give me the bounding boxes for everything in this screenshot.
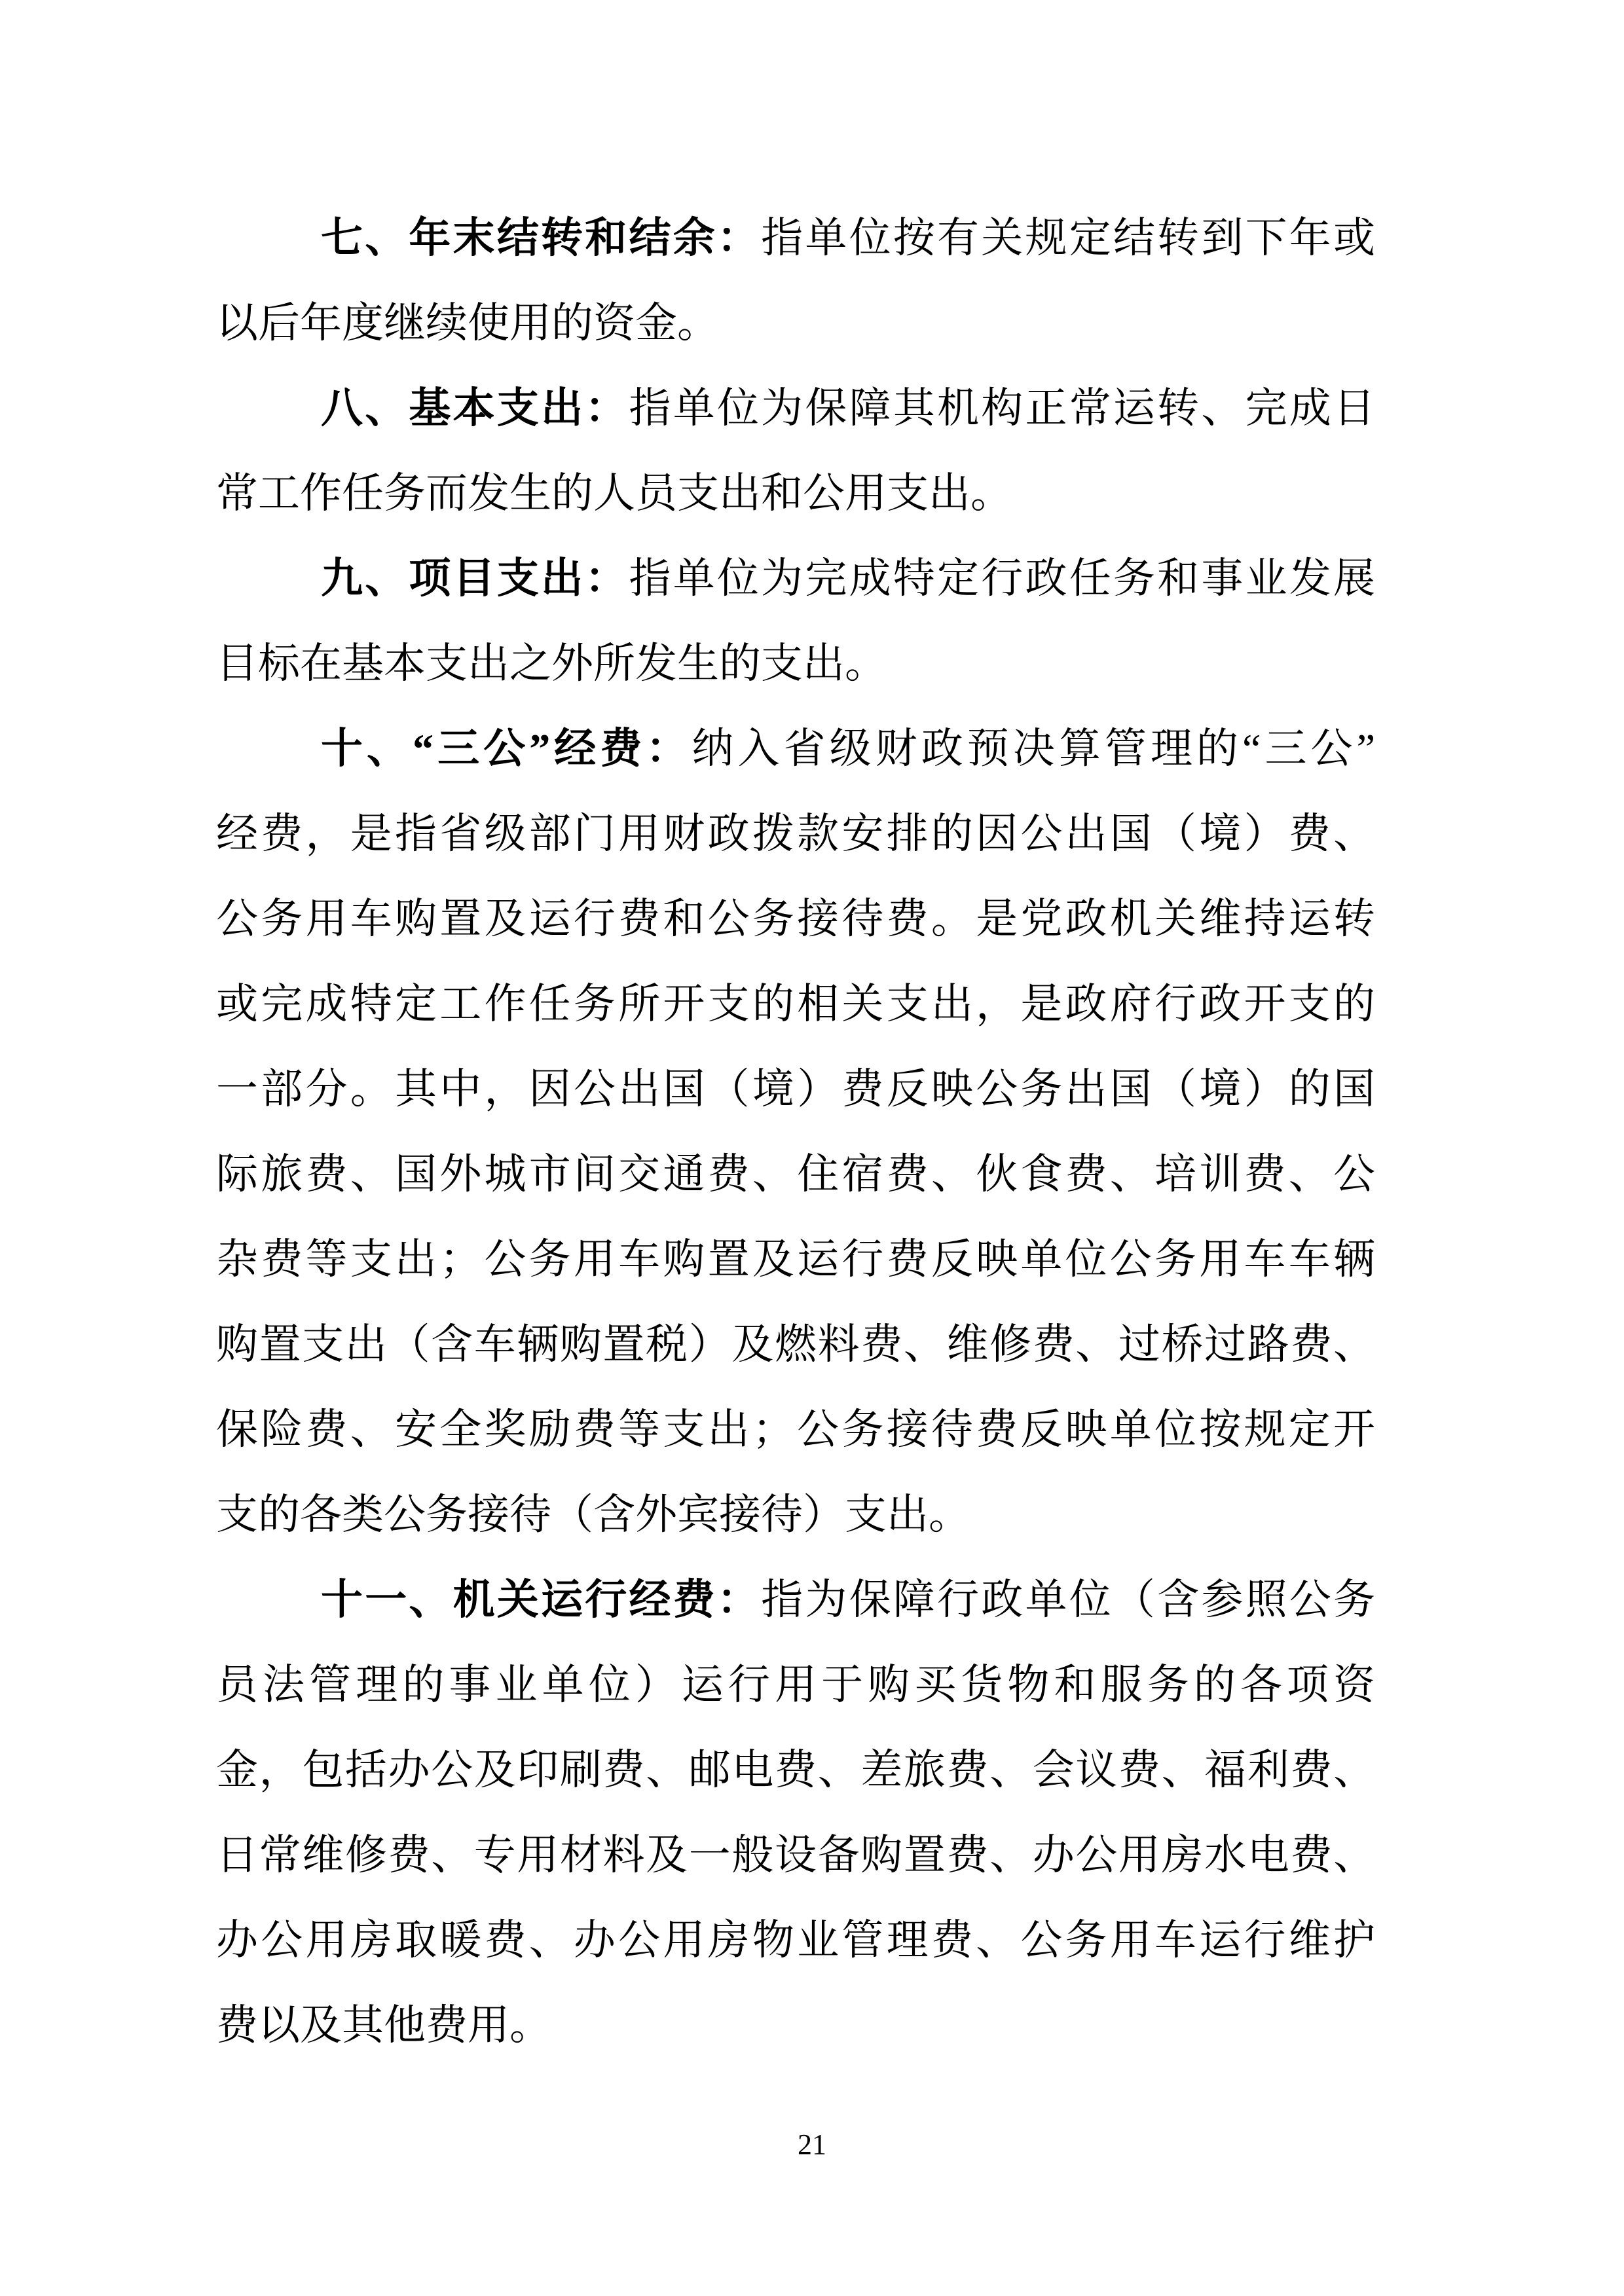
paragraph-text: 经费，是指省级部门用财政拨款安排的因公出国（境）费、 (216, 811, 1375, 857)
text-line: 支的各类公务接待（含外宾接待）支出。 (216, 1472, 1375, 1558)
paragraph-heading: 七、年末结转和结余： (321, 215, 761, 261)
text-line: 十、“三公”经费：纳入省级财政预决算管理的“三公” (216, 706, 1375, 792)
document-body: 七、年末结转和结余：指单位按有关规定结转到下年或以后年度继续使用的资金。八、基本… (216, 196, 1375, 2068)
paragraph-text: 保险费、安全奖励费等支出；公务接待费反映单位按规定开 (216, 1406, 1375, 1453)
paragraph-text: 员法管理的事业单位）运行用于购买货物和服务的各项资 (216, 1662, 1375, 1708)
text-line: 七、年末结转和结余：指单位按有关规定结转到下年或 (216, 196, 1375, 281)
paragraph-heading: 九、项目支出： (321, 555, 629, 602)
text-line: 一部分。其中，因公出国（境）费反映公务出国（境）的国 (216, 1047, 1375, 1132)
text-line: 公务用车购置及运行费和公务接待费。是党政机关维持运转 (216, 877, 1375, 962)
paragraph-text: 支的各类公务接待（含外宾接待）支出。 (216, 1491, 970, 1538)
paragraph-text: 指单位为完成特定行政任务和事业发展 (629, 555, 1375, 602)
paragraph-text: 以后年度继续使用的资金。 (216, 300, 719, 346)
paragraph-text: 一部分。其中，因公出国（境）费反映公务出国（境）的国 (216, 1066, 1375, 1112)
text-line: 日常维修费、专用材料及一般设备购置费、办公用房水电费、 (216, 1813, 1375, 1898)
paragraph-text: 目标在基本支出之外所发生的支出。 (216, 640, 887, 687)
text-line: 金，包括办公及印刷费、邮电费、差旅费、会议费、福利费、 (216, 1728, 1375, 1813)
text-line: 际旅费、国外城市间交通费、住宿费、伙食费、培训费、公 (216, 1132, 1375, 1217)
paragraph-text: 公务用车购置及运行费和公务接待费。是党政机关维持运转 (216, 896, 1375, 942)
text-line: 办公用房取暖费、办公用房物业管理费、公务用车运行维护 (216, 1898, 1375, 1983)
paragraph-text: 购置支出（含车辆购置税）及燃料费、维修费、过桥过路费、 (216, 1321, 1375, 1368)
paragraph-text: 金，包括办公及印刷费、邮电费、差旅费、会议费、福利费、 (216, 1747, 1375, 1793)
paragraph-text: 指单位为保障其机构正常运转、完成日 (629, 385, 1375, 431)
text-line: 以后年度继续使用的资金。 (216, 281, 1375, 366)
text-line: 九、项目支出：指单位为完成特定行政任务和事业发展 (216, 536, 1375, 621)
text-line: 目标在基本支出之外所发生的支出。 (216, 621, 1375, 706)
text-line: 经费，是指省级部门用财政拨款安排的因公出国（境）费、 (216, 792, 1375, 877)
text-line: 八、基本支出：指单位为保障其机构正常运转、完成日 (216, 366, 1375, 451)
text-line: 杂费等支出；公务用车购置及运行费反映单位公务用车车辆 (216, 1217, 1375, 1302)
text-line: 或完成特定工作任务所开支的相关支出，是政府行政开支的 (216, 962, 1375, 1047)
paragraph-text: 或完成特定工作任务所开支的相关支出，是政府行政开支的 (216, 981, 1375, 1027)
text-line: 费以及其他费用。 (216, 1983, 1375, 2068)
paragraph-text: 日常维修费、专用材料及一般设备购置费、办公用房水电费、 (216, 1832, 1375, 1878)
paragraph-text: 常工作任务而发生的人员支出和公用支出。 (216, 470, 1012, 517)
text-line: 购置支出（含车辆购置税）及燃料费、维修费、过桥过路费、 (216, 1302, 1375, 1387)
text-line: 保险费、安全奖励费等支出；公务接待费反映单位按规定开 (216, 1387, 1375, 1472)
paragraph-text: 费以及其他费用。 (216, 2002, 551, 2049)
document-page: 七、年末结转和结余：指单位按有关规定结转到下年或以后年度继续使用的资金。八、基本… (0, 0, 1624, 2296)
text-line: 员法管理的事业单位）运行用于购买货物和服务的各项资 (216, 1643, 1375, 1728)
paragraph-text: 杂费等支出；公务用车购置及运行费反映单位公务用车车辆 (216, 1236, 1375, 1283)
text-line: 常工作任务而发生的人员支出和公用支出。 (216, 451, 1375, 536)
paragraph-text: 指单位按有关规定结转到下年或 (761, 215, 1375, 261)
paragraph-text: 指为保障行政单位（含参照公务 (761, 1576, 1375, 1623)
paragraph-heading: 十、“三公”经费： (321, 725, 692, 772)
paragraph-heading: 八、基本支出： (321, 385, 629, 431)
paragraph-text: 际旅费、国外城市间交通费、住宿费、伙食费、培训费、公 (216, 1151, 1375, 1197)
paragraph-heading: 十一、机关运行经费： (321, 1576, 761, 1623)
text-line: 十一、机关运行经费：指为保障行政单位（含参照公务 (216, 1558, 1375, 1643)
page-number: 21 (0, 2126, 1624, 2163)
paragraph-text: 纳入省级财政预决算管理的“三公” (692, 725, 1375, 772)
paragraph-text: 办公用房取暖费、办公用房物业管理费、公务用车运行维护 (216, 1917, 1375, 1963)
